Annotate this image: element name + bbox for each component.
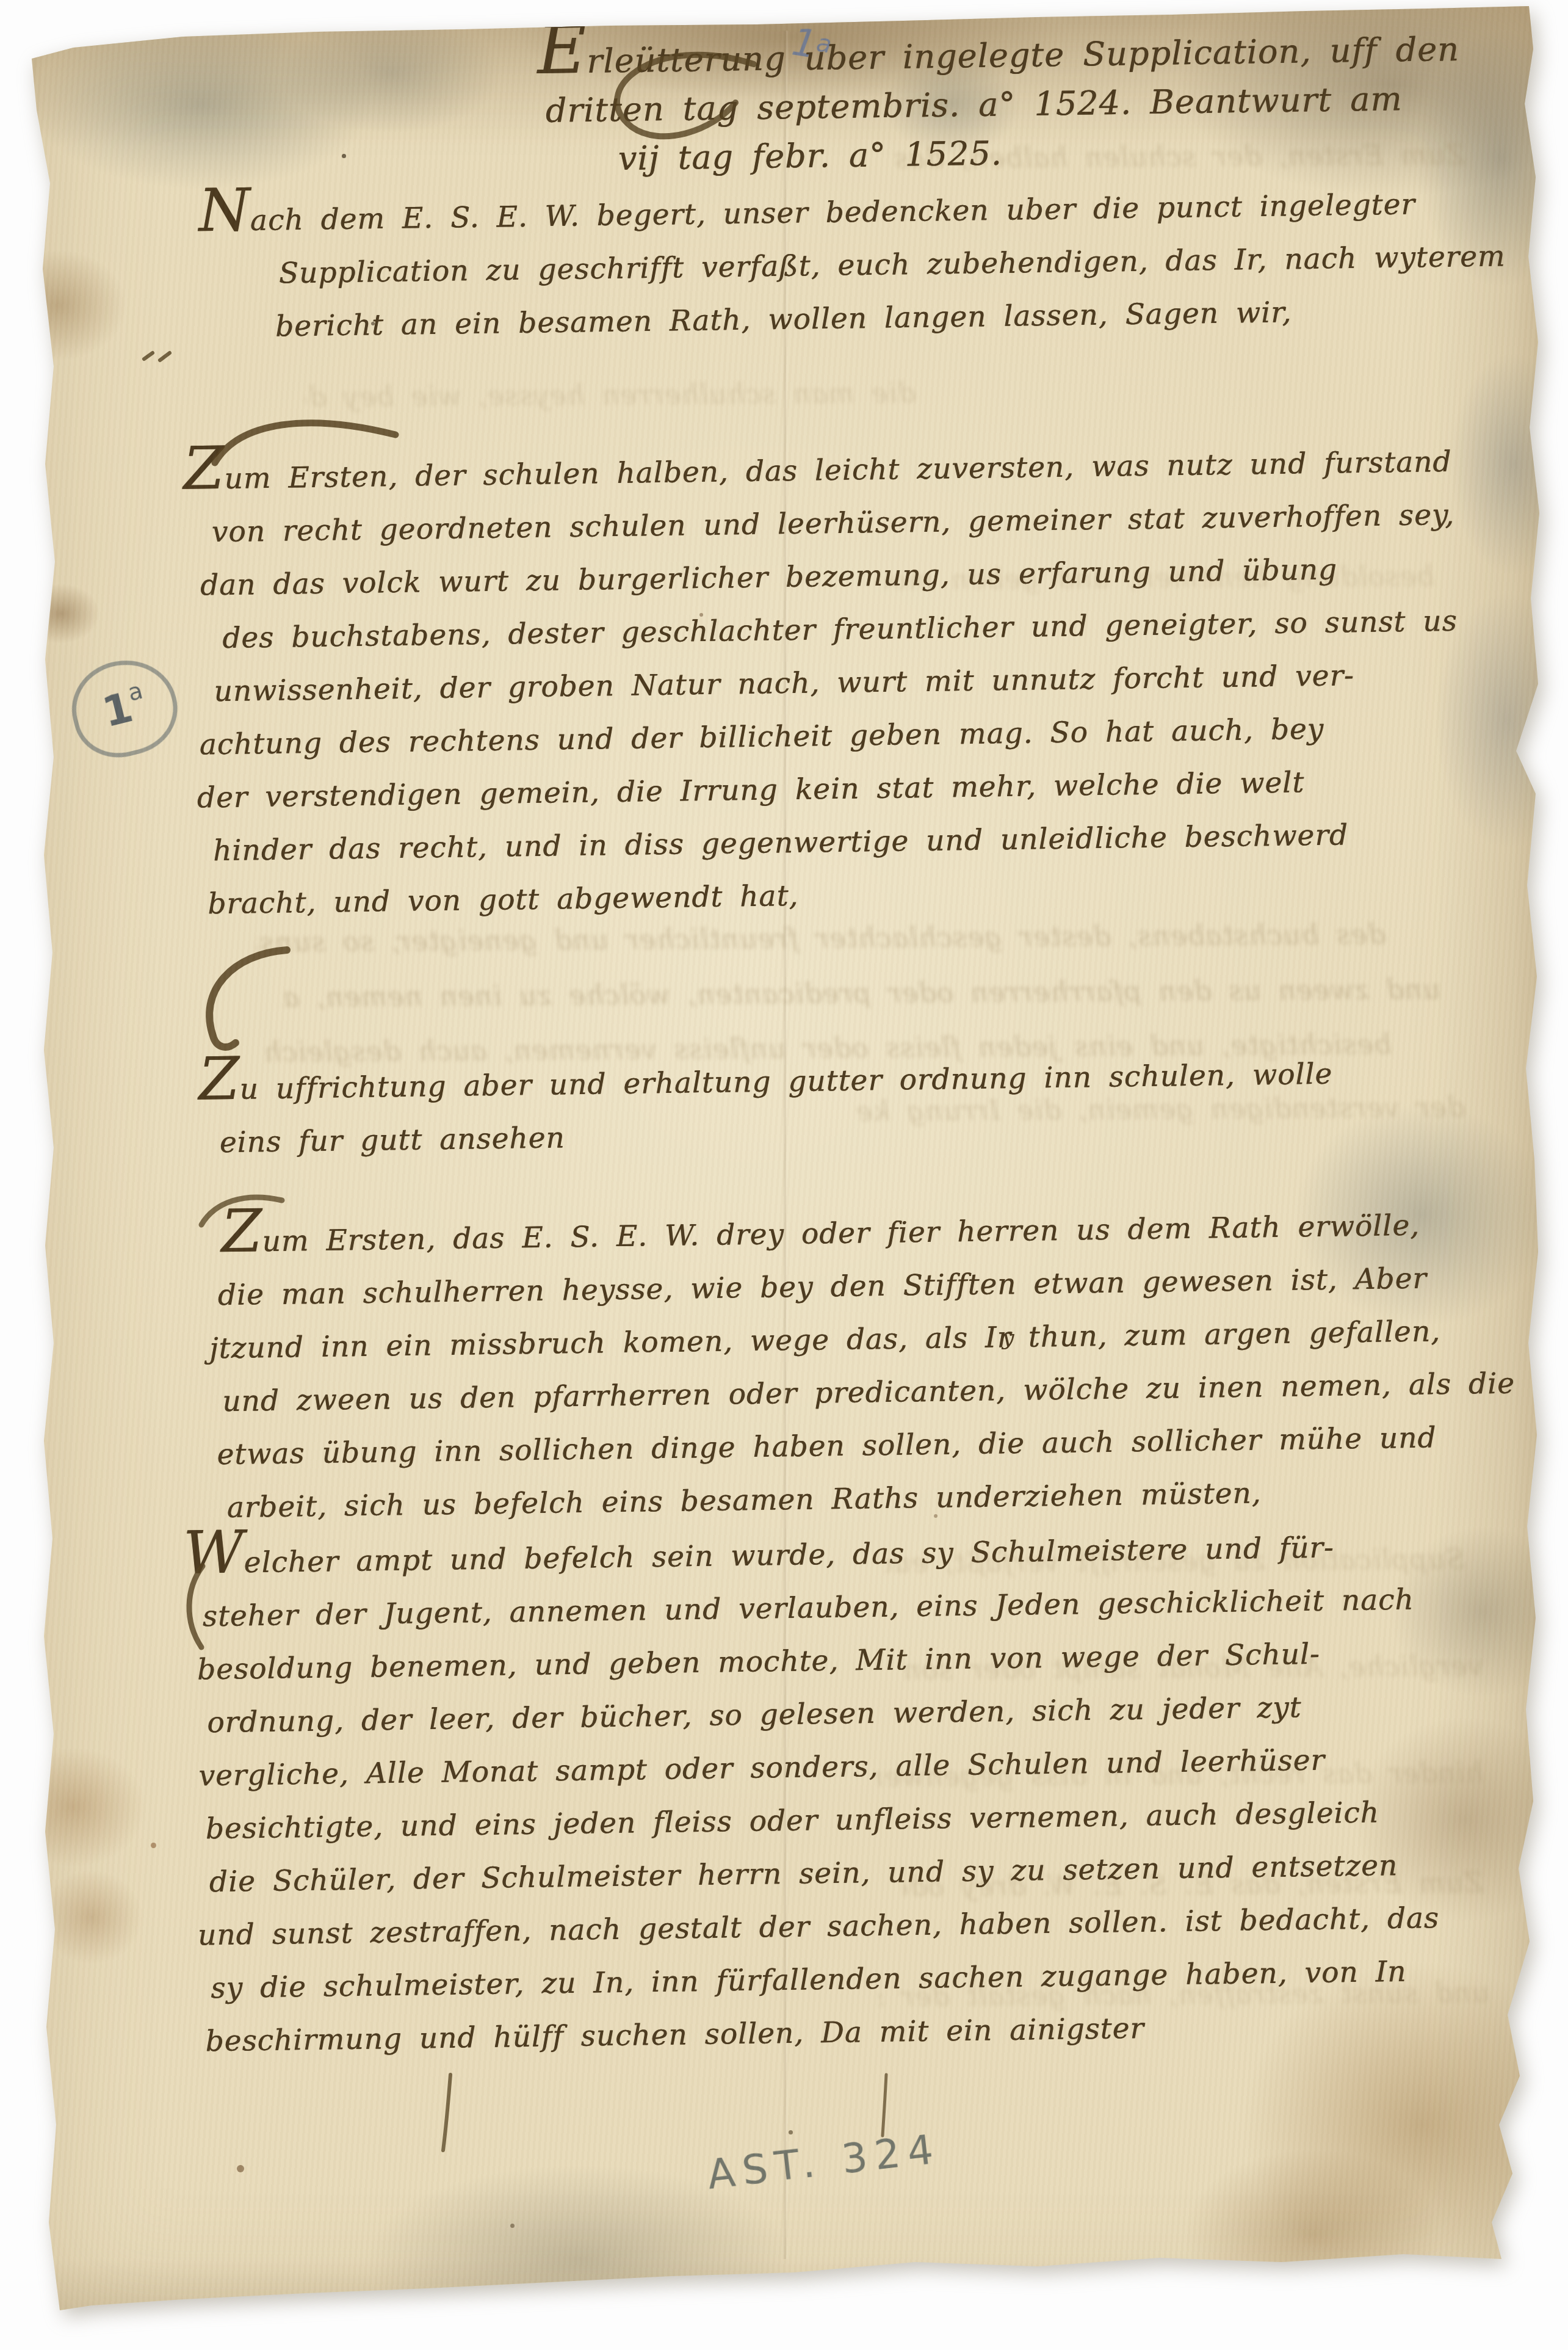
text-line: und zween us den pfarrherren oder predic… xyxy=(222,1357,1516,1429)
text-line: besoldung benemen, und geben mochte, Mit… xyxy=(197,1626,1436,1696)
paragraph4-leadin-swash xyxy=(201,1197,282,1225)
margin-doodle xyxy=(144,353,170,360)
bracket-flourish xyxy=(209,950,287,1047)
text-line: Zum Ersten, der schulen halben, das leic… xyxy=(183,435,1456,506)
bleedthrough-line: besoldung benemen, und geben mochte, Mit… xyxy=(885,560,1434,596)
text-line: sy die schulmeister, zu In, inn fürfalle… xyxy=(211,1945,1440,2015)
text-line: Zum Ersten, das E. S. E. W. drey oder fi… xyxy=(221,1198,1513,1269)
bleedthrough-line: Zum Ersten, das E. S. E. W. drey oder fi… xyxy=(903,1866,1483,1903)
paragraph2-leadin-swash xyxy=(215,423,396,463)
manuscript-paper-sheet: Zum Ersten, der schulen halben, das leic… xyxy=(0,0,1568,2350)
header-initial-flourish xyxy=(617,55,754,136)
margin-note-number: 1 xyxy=(98,683,137,737)
manuscript-text-layer: + 1a Erleütterung uber ingelegte Supplic… xyxy=(0,0,1568,2350)
ink-descender-drip xyxy=(883,2075,886,2136)
fox-spot xyxy=(1259,514,1262,518)
text-line: besichtigte, und eins jeden fleiss oder … xyxy=(205,1785,1438,1855)
fox-spot xyxy=(934,1514,938,1518)
text-line: von recht geordneten schulen und leerhüs… xyxy=(211,488,1456,559)
text-line: Nach dem E. S. E. W. begert, unser beden… xyxy=(198,176,1505,248)
text-line: steher der Jugent, annemen und verlauben… xyxy=(202,1573,1435,1643)
text-line: Supplication zu geschrifft verfaßt, euch… xyxy=(278,230,1506,300)
fox-spot xyxy=(699,613,703,617)
text-line: bracht, und von gott abgewendt hat, xyxy=(208,860,1462,931)
fox-spot xyxy=(789,2130,793,2134)
text-line: ordnung, der leer, der bücher, so gelese… xyxy=(207,1679,1437,1749)
text-line: vergliche, Alle Monat sampt oder sonders… xyxy=(198,1732,1437,1802)
text-line: und sunst zestraffen, nach gestalt der s… xyxy=(197,1891,1439,1962)
text-line: unwissenheit, der groben Natur nach, wur… xyxy=(214,648,1459,718)
text-line: eins fur gutt ansehen xyxy=(219,1101,1334,1169)
bleedthrough-line: und zween us den pfarrherren oder predic… xyxy=(281,973,1440,1013)
ink-speck xyxy=(342,154,346,158)
paragraph-2: Zum Ersten, der schulen halben, das leic… xyxy=(177,435,1461,931)
margin-note-suffix: a xyxy=(125,677,145,706)
fox-spot xyxy=(510,2224,515,2228)
text-line: die man schulherren heysse, wie bey den … xyxy=(217,1251,1514,1322)
text-line: der verstendigen gemein, die Irrung kein… xyxy=(197,754,1460,825)
scan-background: Zum Ersten, der schulen halben, das leic… xyxy=(0,0,1568,2350)
folio-number: 1 xyxy=(789,19,820,67)
text-line: jtzund inn ein missbruch komen, wege das… xyxy=(209,1304,1514,1376)
header-line: Erleütterung uber ingelegte Supplication… xyxy=(537,25,1459,87)
ink-speck xyxy=(371,322,375,325)
bleedthrough-line: Supplication zu geschrifft verfaßt, euch… xyxy=(885,1543,1465,1579)
bleedthrough-line: und sunst zestraffen, nach gestalt der s… xyxy=(879,1976,1489,2013)
text-line: arbeit, sich us befelch eins besamen Rat… xyxy=(226,1463,1517,1534)
text-line: beschirmung und hülff suchen sollen, Da … xyxy=(205,1998,1441,2068)
text-line: Zu uffrichtung aber und erhaltung gutter… xyxy=(198,1048,1333,1117)
text-line: hinder das recht, und in diss gegenwerti… xyxy=(212,807,1461,878)
paragraph5-leadin-swash xyxy=(189,1566,203,1647)
fold-crease xyxy=(782,31,789,2259)
header-line: vij tag febr. a° 1525. xyxy=(618,123,1461,183)
folio-number-note: 1a xyxy=(789,19,835,69)
bleedthrough-line: des buchstabens, dester geschlachter fre… xyxy=(256,918,1386,959)
paragraph-1: Nach dem E. S. E. W. begert, unser beden… xyxy=(165,176,1506,355)
bleedthrough-line: der verstendigen gemein, die Irrung kein… xyxy=(854,1091,1465,1128)
insertion-mark: y xyxy=(1002,1326,1014,1351)
text-line: etwas übung inn sollichen dinge haben so… xyxy=(217,1410,1516,1482)
text-line: achtung des rechtens und der billicheit … xyxy=(199,701,1459,772)
bleedthrough-line: Zum Ersten, der schulen halben, das leic… xyxy=(885,139,1465,175)
archive-shelfmark: AST. 324 xyxy=(705,2125,943,2199)
text-line: die Schüler, der Schulmeister herrn sein… xyxy=(209,1838,1439,1909)
corner-cross-mark: + xyxy=(68,4,87,29)
paragraph-4: Zum Ersten, das E. S. E. W. drey oder fi… xyxy=(183,1198,1517,1535)
bleedthrough-line: besichtigte, und eins jeden fleiss oder … xyxy=(262,1028,1392,1068)
ink-descender-drip xyxy=(443,2075,450,2150)
folio-number-suffix: a xyxy=(814,29,833,59)
flourish-overlay xyxy=(0,0,1568,2350)
text-line: Welcher ampt und befelch sein wurde, das… xyxy=(183,1520,1434,1590)
header-line: dritten tag septembris. a° 1524. Beantwu… xyxy=(545,74,1460,136)
bleedthrough-line: die man schulherren heysse, wie bey den … xyxy=(305,377,916,413)
paragraph-3: Zu uffrichtung aber und erhaltung gutter… xyxy=(183,1048,1334,1170)
text-line: dan das volck wurt zu burgerlicher bezem… xyxy=(200,542,1457,612)
paper-shadow: Zum Ersten, der schulen halben, das leic… xyxy=(0,0,1568,2350)
text-line: des buchstabens, dester geschlachter fre… xyxy=(222,595,1458,665)
bleedthrough-line: vergliche, Alle Monat sampt oder sonders… xyxy=(903,1650,1483,1686)
fox-spot xyxy=(237,2165,244,2172)
margin-circled-note: 1 a xyxy=(62,650,187,767)
bleedthrough-line: hinder das recht, und in diss gegenwerti… xyxy=(873,1757,1483,1793)
fox-spot xyxy=(151,1843,156,1848)
text-line: bericht an ein besamen Rath, wollen lang… xyxy=(275,283,1506,353)
paragraph-5: Welcher ampt und befelch sein wurde, das… xyxy=(171,1520,1441,2069)
docket-header: Erleütterung uber ingelegte Supplication… xyxy=(537,25,1461,184)
